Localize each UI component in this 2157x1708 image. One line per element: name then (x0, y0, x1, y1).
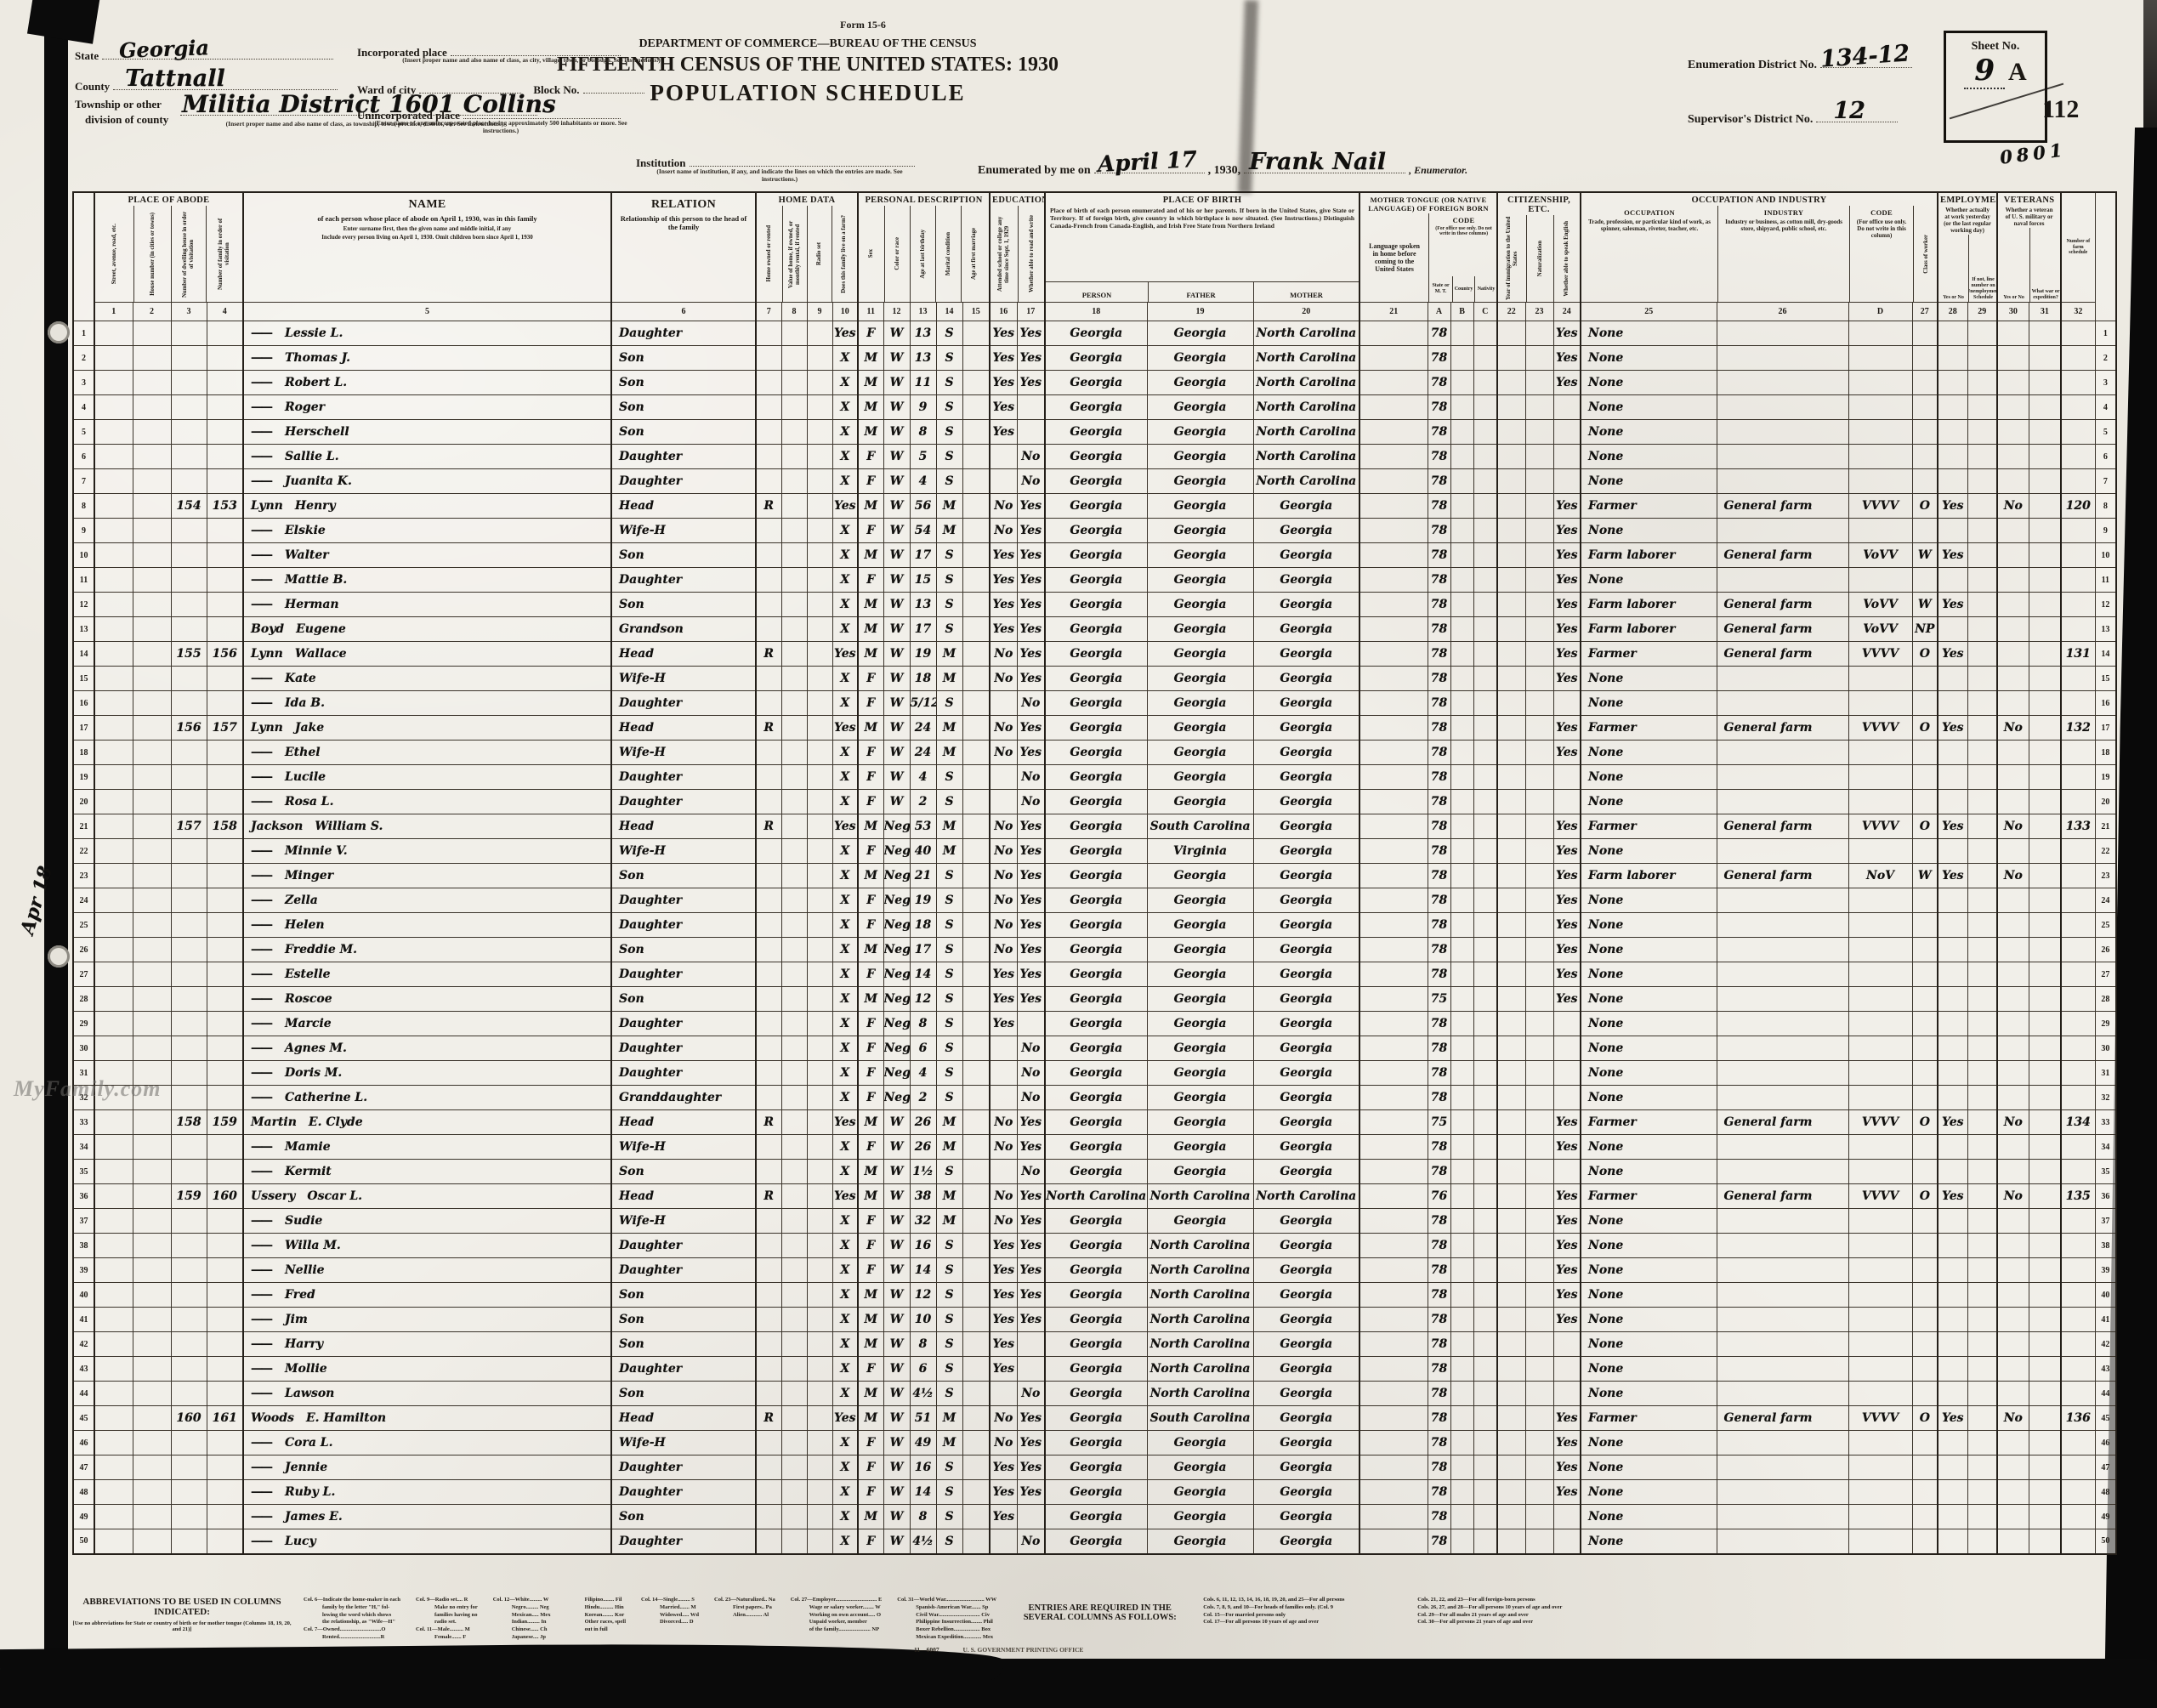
header-subcol-val: Value of home, if owned, or monthly rent… (782, 206, 807, 302)
ditto-mark: —— (251, 1017, 271, 1030)
cell-occ: None (1581, 667, 1717, 691)
cell-fs: 120 (2061, 494, 2095, 519)
entry-ind: General farm (1724, 869, 1813, 882)
cell-lang (1359, 346, 1428, 371)
cell-name: WoodsE. Hamilton (243, 1406, 611, 1431)
cell-dw (171, 1012, 207, 1036)
cell-cc (1473, 1332, 1497, 1357)
entry-bf: North Carolina (1150, 1288, 1251, 1302)
cell-yr (1497, 420, 1525, 445)
cell-war (2029, 321, 2061, 346)
entry-ca: 78 (1431, 622, 1447, 636)
cell-cb (1450, 1529, 1473, 1554)
cell-lang (1359, 1012, 1428, 1036)
entry-age: 4 (919, 770, 928, 784)
entry-rel: Daughter (619, 795, 682, 809)
cell-mar: S (936, 445, 962, 469)
cell-war (2029, 839, 2061, 864)
cell-val (781, 543, 807, 568)
abbreviation-block-3: Col. 12—White......... WNegro......... N… (493, 1597, 551, 1642)
cell-cls (1912, 1382, 1938, 1406)
cell-bm: North Carolina (1253, 321, 1359, 346)
ditto-mark: —— (251, 894, 271, 907)
entry-mar: M (943, 672, 956, 685)
cell-empno (1967, 1184, 1997, 1209)
cell-yr (1497, 1258, 1525, 1283)
cell-mar: S (936, 469, 962, 494)
column-group-place-of-birth: PLACE OF BIRTHPlace of birth of each per… (1045, 192, 1359, 303)
abbreviation-line: Widowed..... Wd (641, 1612, 699, 1620)
cell-bm: Georgia (1253, 741, 1359, 765)
cell-fam (207, 1234, 243, 1258)
cell-cc (1473, 1086, 1497, 1110)
cell-age: 17 (910, 543, 936, 568)
entry-sch: No (994, 721, 1013, 735)
cell-ind (1717, 1529, 1848, 1554)
cell-house (133, 469, 171, 494)
entry-age: 2 (919, 795, 928, 809)
cell-cb (1450, 716, 1473, 741)
given-name: Roger (285, 400, 325, 414)
cell-farm: X (832, 741, 858, 765)
scan-corner-blob (27, 0, 100, 44)
entry-ca: 78 (1431, 400, 1447, 414)
cell-ind (1717, 1209, 1848, 1234)
cell-sch (990, 445, 1017, 469)
cell-cb (1450, 617, 1473, 642)
cell-code (1848, 987, 1912, 1012)
person-name: ——Walter (251, 548, 329, 562)
cell-farm: X (832, 691, 858, 716)
entry-eng: Yes (1556, 672, 1578, 685)
cell-rw: No (1017, 469, 1045, 494)
cell-own (756, 469, 781, 494)
cell-name: ——Rosa L. (243, 790, 611, 814)
enumerated-label: Enumerated by me on (978, 164, 1091, 177)
entry-occ: None (1588, 672, 1623, 685)
line-number-right: 32 (2095, 1086, 2116, 1110)
cell-nat (1525, 1209, 1553, 1234)
entry-fs: 134 (2066, 1115, 2091, 1129)
cell-name: ——Herschell (243, 420, 611, 445)
cell-race: W (883, 1209, 910, 1234)
entry-farm: X (840, 1313, 849, 1326)
cell-dw (171, 1431, 207, 1455)
entry-own: R (763, 1115, 774, 1129)
cell-emp (1938, 1135, 1967, 1160)
cell-fam: 160 (207, 1184, 243, 1209)
cell-rel: Daughter (611, 469, 756, 494)
cell-cls (1912, 765, 1938, 790)
cell-bf: Georgia (1147, 1505, 1253, 1529)
cell-lang (1359, 1529, 1428, 1554)
cell-yr (1497, 568, 1525, 593)
cell-cls (1912, 469, 1938, 494)
entry-sch: Yes (992, 351, 1014, 365)
cell-nat (1525, 568, 1553, 593)
entry-bm: Georgia (1280, 795, 1332, 809)
block-line (583, 78, 644, 94)
cell-nat (1525, 1382, 1553, 1406)
entry-rw: Yes (1020, 622, 1042, 636)
cell-val (781, 1110, 807, 1135)
cell-bm: Georgia (1253, 543, 1359, 568)
cell-lang (1359, 1382, 1428, 1406)
cell-sex: F (858, 1061, 883, 1086)
cell-radio (807, 321, 832, 346)
person-name: LynnJake (251, 721, 324, 735)
entry-bm: North Carolina (1256, 474, 1356, 488)
cell-code: VVVV (1848, 494, 1912, 519)
cell-occ: Farmer (1581, 642, 1717, 667)
cell-bf: Georgia (1147, 1061, 1253, 1086)
entry-own: R (763, 721, 774, 735)
cell-rel: Head (611, 642, 756, 667)
cell-ind (1717, 371, 1848, 395)
line-number-right: 18 (2095, 741, 2116, 765)
cell-code (1848, 1234, 1912, 1258)
cell-fs (2061, 1086, 2095, 1110)
entry-rw: Yes (1020, 376, 1042, 389)
person-name: ——Catherine L. (251, 1091, 367, 1104)
cell-occ: None (1581, 1480, 1717, 1505)
cell-radio (807, 593, 832, 617)
line-number-right: 11 (2095, 568, 2116, 593)
cell-nat (1525, 1110, 1553, 1135)
entry-race: W (890, 1337, 904, 1351)
cell-bp: Georgia (1045, 1431, 1147, 1455)
entry-bp: Georgia (1070, 1485, 1122, 1499)
cell-nat (1525, 494, 1553, 519)
entry-sex: M (865, 548, 878, 562)
cell-agem (962, 814, 990, 839)
cell-fam (207, 691, 243, 716)
cell-rw: Yes (1017, 1431, 1045, 1455)
cell-eng: Yes (1553, 1209, 1581, 1234)
cell-war (2029, 445, 2061, 469)
given-name: Helen (285, 918, 325, 932)
column-number-B: B (1450, 303, 1473, 321)
line-number-right: 46 (2095, 1431, 2116, 1455)
cell-cls (1912, 420, 1938, 445)
cell-val (781, 445, 807, 469)
entry-bf: South Carolina (1150, 1411, 1251, 1425)
cell-cb (1450, 1431, 1473, 1455)
cell-agem (962, 1332, 990, 1357)
line-number-right: 9 (2095, 519, 2116, 543)
line-number-right: 20 (2095, 790, 2116, 814)
cell-ind (1717, 790, 1848, 814)
cell-mar: M (936, 1184, 962, 1209)
entry-rw: Yes (1020, 894, 1042, 907)
cell-age: 13 (910, 346, 936, 371)
cell-ind (1717, 1480, 1848, 1505)
entry-eng: Yes (1556, 524, 1578, 537)
cell-vet (1997, 741, 2029, 765)
entry-farm: X (840, 1041, 849, 1055)
table-row: 50——LucyDaughterXFW4½SNoGeorgiaGeorgiaGe… (73, 1529, 2116, 1554)
cell-nat (1525, 1184, 1553, 1209)
cell-ind (1717, 741, 1848, 765)
cell-empno (1967, 1382, 1997, 1406)
entry-race: Neg (884, 1091, 911, 1104)
entry-rw: Yes (1020, 1115, 1042, 1129)
given-name: Henry (295, 499, 336, 513)
cell-cls (1912, 371, 1938, 395)
rotated-column-label: Radio set (816, 242, 823, 265)
cell-empno (1967, 395, 1997, 420)
entry-occ: None (1588, 1288, 1623, 1302)
cell-house (133, 642, 171, 667)
cell-ind (1717, 691, 1848, 716)
entry-rw: No (1021, 1165, 1040, 1178)
cell-radio (807, 1431, 832, 1455)
cell-age: 12 (910, 1283, 936, 1308)
cell-agem (962, 1308, 990, 1332)
cell-radio (807, 1234, 832, 1258)
entry-bf: North Carolina (1150, 1239, 1251, 1252)
cell-occ: None (1581, 1529, 1717, 1554)
cell-ind: General farm (1717, 1110, 1848, 1135)
cell-rw: Yes (1017, 617, 1045, 642)
cell-ca: 78 (1428, 321, 1450, 346)
header-subcolumns: SexColor or raceAge at last birthdayMari… (859, 206, 989, 302)
entry-rel: Son (619, 425, 644, 439)
cell-mar: M (936, 741, 962, 765)
entry-race: W (890, 1313, 904, 1326)
entry-bm: Georgia (1280, 943, 1332, 956)
abbreviation-line: Wage or salary worker........ W (791, 1604, 883, 1612)
entry-mar: S (945, 1461, 953, 1474)
cell-cc (1473, 913, 1497, 938)
ditto-mark: —— (251, 869, 271, 882)
cell-bp: Georgia (1045, 1061, 1147, 1086)
entry-mar: S (945, 1337, 953, 1351)
cell-occ: None (1581, 321, 1717, 346)
cell-farm: X (832, 346, 858, 371)
entry-bf: Georgia (1174, 1017, 1227, 1030)
cell-ind (1717, 938, 1848, 962)
entry-mar: S (945, 918, 953, 932)
cell-sch: Yes (990, 1455, 1017, 1480)
entry-emp: Yes (1942, 721, 1964, 735)
entry-mar: S (945, 1165, 953, 1178)
entry-emp: Yes (1942, 598, 1964, 611)
given-name: Thomas J. (285, 351, 350, 365)
entry-race: W (890, 1362, 904, 1376)
entry-sex: M (865, 499, 878, 513)
cell-code (1848, 1209, 1912, 1234)
cell-race: W (883, 741, 910, 765)
entry-mar: S (945, 992, 953, 1006)
cell-cc (1473, 1135, 1497, 1160)
entry-bm: Georgia (1280, 1461, 1332, 1474)
cell-ind: General farm (1717, 864, 1848, 888)
line-number-right: 23 (2095, 864, 2116, 888)
entry-bp: Georgia (1070, 967, 1122, 981)
cell-eng: Yes (1553, 814, 1581, 839)
cell-cls (1912, 1258, 1938, 1283)
entry-race: W (890, 1436, 904, 1450)
given-name: Lawson (285, 1387, 334, 1400)
entry-bp: Georgia (1070, 721, 1122, 735)
entry-rel: Son (619, 376, 644, 389)
cell-age: 26 (910, 1135, 936, 1160)
cell-fam (207, 371, 243, 395)
cell-sch: No (990, 888, 1017, 913)
institution-line (690, 151, 915, 167)
cell-val (781, 765, 807, 790)
table-row: 29——MarcieDaughterXFNeg8SYesGeorgiaGeorg… (73, 1012, 2116, 1036)
cell-race: W (883, 1135, 910, 1160)
cell-agem (962, 1184, 990, 1209)
entry-own: R (763, 820, 774, 833)
entry-cls: O (1920, 721, 1930, 735)
cell-mar: S (936, 987, 962, 1012)
cell-ind (1717, 1036, 1848, 1061)
cell-bp: Georgia (1045, 371, 1147, 395)
entry-sex: F (866, 844, 875, 858)
cell-street (94, 1480, 133, 1505)
cell-radio (807, 790, 832, 814)
cell-code (1848, 691, 1912, 716)
cell-val (781, 321, 807, 346)
cell-cc (1473, 617, 1497, 642)
entry-bm: Georgia (1280, 1313, 1332, 1326)
cell-ca: 78 (1428, 1012, 1450, 1036)
cell-cc (1473, 962, 1497, 987)
table-row: 1——Lessie L.DaughterYesFW13SYesYesGeorgi… (73, 321, 2116, 346)
cell-street (94, 568, 133, 593)
cell-bm: Georgia (1253, 1086, 1359, 1110)
person-name: ——Lucy (251, 1535, 316, 1548)
entry-occ: None (1588, 967, 1623, 981)
column-group-veterans: VETERANSWhether a veteran of U. S. milit… (1997, 192, 2061, 303)
cell-own (756, 938, 781, 962)
ditto-mark: —— (251, 1535, 271, 1548)
entry-rw: No (1021, 696, 1040, 710)
entry-bp: Georgia (1070, 918, 1122, 932)
cell-yr (1497, 1382, 1525, 1406)
entry-sch: Yes (992, 1337, 1014, 1351)
cell-occ: None (1581, 1012, 1717, 1036)
person-name: ——Thomas J. (251, 351, 350, 365)
entry-bm: Georgia (1280, 869, 1332, 882)
cell-rw: Yes (1017, 962, 1045, 987)
abbreviation-line: Spanish-American War....... Sp (897, 1604, 996, 1612)
cell-yr (1497, 1357, 1525, 1382)
entry-bf: Georgia (1174, 1091, 1227, 1104)
entry-vet: No (2004, 1411, 2023, 1425)
cell-house (133, 1234, 171, 1258)
mother-tongue-sub: Language spoken in home before coming to… (1360, 241, 1428, 275)
cell-age: 24 (910, 716, 936, 741)
entry-rw: Yes (1020, 721, 1042, 735)
person-name: ——Agnes M. (251, 1041, 347, 1055)
ditto-mark: —— (251, 326, 271, 340)
group-title: RELATION (612, 193, 755, 213)
cell-empno (1967, 1209, 1997, 1234)
group-content: CITIZENSHIP, ETC.Year of immigration to … (1498, 193, 1580, 302)
cell-cc (1473, 1480, 1497, 1505)
cell-bp: Georgia (1045, 691, 1147, 716)
cell-vet (1997, 790, 2029, 814)
cell-age: 6 (910, 1357, 936, 1382)
line-number-right: 3 (2095, 371, 2116, 395)
cell-ca: 78 (1428, 790, 1450, 814)
cell-rel: Daughter (611, 691, 756, 716)
entry-bf: North Carolina (1150, 1337, 1251, 1351)
entry-farm: X (840, 524, 849, 537)
cell-fam (207, 1480, 243, 1505)
cell-sex: F (858, 1135, 883, 1160)
table-row: 31——Doris M.DaughterXFNeg4SNoGeorgiaGeor… (73, 1061, 2116, 1086)
cell-code (1848, 913, 1912, 938)
entry-own: R (763, 647, 774, 661)
cell-sex: M (858, 716, 883, 741)
cell-mar: S (936, 1234, 962, 1258)
entry-mar: S (945, 967, 953, 981)
column-group-personal-description: PERSONAL DESCRIPTIONSexColor or raceAge … (858, 192, 990, 303)
entry-race: W (890, 1214, 904, 1228)
cell-farm: X (832, 543, 858, 568)
entry-emp: Yes (1942, 1115, 1964, 1129)
entry-farm: X (840, 1288, 849, 1302)
cell-ca: 78 (1428, 1160, 1450, 1184)
cell-race: Neg (883, 1036, 910, 1061)
code-label: CODE (1429, 213, 1497, 225)
entry-sex: M (865, 1165, 878, 1178)
cell-house (133, 962, 171, 987)
cell-vet (1997, 346, 2029, 371)
cell-age: 13 (910, 593, 936, 617)
county-label: County (75, 80, 110, 93)
cell-race: W (883, 395, 910, 420)
cell-age: 40 (910, 839, 936, 864)
cell-ca: 78 (1428, 1209, 1450, 1234)
entry-bm: North Carolina (1256, 425, 1356, 439)
given-name: Minger (285, 869, 333, 882)
department-line: DEPARTMENT OF COMMERCE—BUREAU OF THE CEN… (561, 37, 1054, 51)
cell-sch: Yes (990, 1357, 1017, 1382)
cell-vet (1997, 888, 2029, 913)
cell-own (756, 1308, 781, 1332)
cell-occ: None (1581, 1455, 1717, 1480)
cell-fs (2061, 617, 2095, 642)
person-name: ——Sallie L. (251, 450, 339, 463)
line-number-left: 1 (73, 321, 94, 346)
cell-lang (1359, 987, 1428, 1012)
entry-bf: Georgia (1174, 1485, 1227, 1499)
cell-occ: None (1581, 1382, 1717, 1406)
table-row: 39——NellieDaughterXFW14SYesYesGeorgiaNor… (73, 1258, 2116, 1283)
cell-yr (1497, 962, 1525, 987)
cell-radio (807, 1160, 832, 1184)
entry-ca: 78 (1431, 795, 1447, 809)
entry-ca: 78 (1431, 1091, 1447, 1104)
cell-code (1848, 1135, 1912, 1160)
cell-radio (807, 469, 832, 494)
entry-code: VVVV (1862, 499, 1899, 513)
cell-dw (171, 741, 207, 765)
entry-dw: 157 (176, 820, 201, 833)
entries-line: Cols. 26, 27, and 28—For all persons 10 … (1417, 1604, 1620, 1612)
cell-lang (1359, 667, 1428, 691)
entry-age: 53 (915, 820, 931, 833)
cell-own (756, 617, 781, 642)
entry-occ: None (1588, 474, 1623, 488)
entry-farm: X (840, 1017, 849, 1030)
